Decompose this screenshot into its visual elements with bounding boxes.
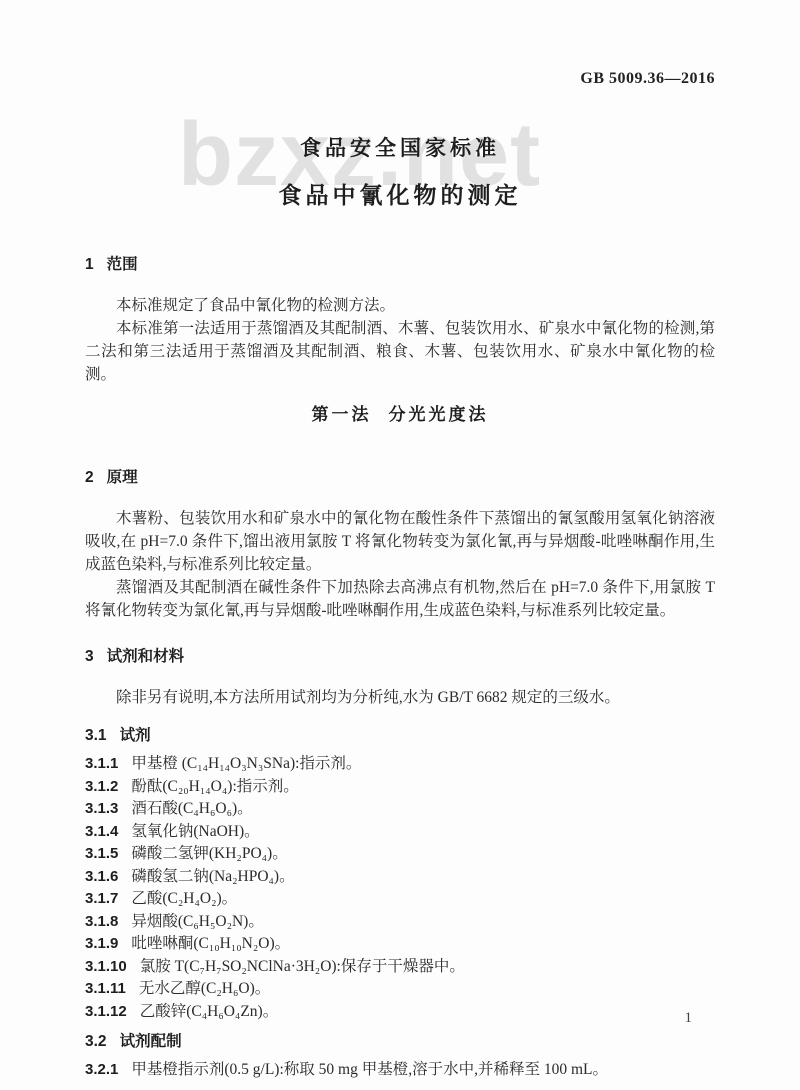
reagent-number: 3.1.2 bbox=[85, 778, 118, 795]
reagent-item: 3.1.5磷酸二氢钾(KH₂PO₄)。 bbox=[85, 843, 715, 866]
section-3-1-label: 试剂 bbox=[120, 727, 151, 744]
reagent-number: 3.1.4 bbox=[85, 823, 118, 840]
section-2-heading: 2原理 bbox=[85, 465, 715, 487]
reagent-item: 3.1.4氢氧化钠(NaOH)。 bbox=[85, 821, 715, 844]
reagent-item: 3.1.1甲基橙 (C₁₄H₁₄O₃N₃SNa):指示剂。 bbox=[85, 753, 715, 776]
reagent-item: 3.1.2酚酞(C₂₀H₁₄O₄):指示剂。 bbox=[85, 776, 715, 799]
reagent-number: 3.1.10 bbox=[85, 958, 127, 975]
section-3-number: 3 bbox=[85, 648, 94, 665]
reagent-item: 3.1.9吡唑啉酮(C₁₀H₁₀N₂O)。 bbox=[85, 933, 715, 956]
reagent-number: 3.2.1 bbox=[85, 1061, 118, 1078]
reagent-text: 吡唑啉酮(C₁₀H₁₀N₂O)。 bbox=[131, 935, 290, 952]
reagent-item: 3.1.12乙酸锌(C₄H₆O₄Zn)。 bbox=[85, 1001, 715, 1024]
page-content: GB 5009.36—2016 食品安全国家标准 食品中氰化物的测定 1范围 本… bbox=[0, 0, 800, 1082]
reagent-number: 3.1.8 bbox=[85, 913, 118, 930]
reagent-text: 甲基橙 (C₁₄H₁₄O₃N₃SNa):指示剂。 bbox=[131, 755, 361, 772]
reagent-text: 乙酸锌(C₄H₆O₄Zn)。 bbox=[140, 1003, 278, 1020]
standard-title-line2: 食品中氰化物的测定 bbox=[85, 177, 715, 210]
section-1-paragraph-1: 本标准规定了食品中氰化物的检测方法。 bbox=[85, 294, 715, 317]
section-1-label: 范围 bbox=[107, 256, 138, 273]
reagent-text: 酚酞(C₂₀H₁₄O₄):指示剂。 bbox=[131, 778, 298, 795]
section-2-paragraph-2: 蒸馏酒及其配制酒在碱性条件下加热除去高沸点有机物,然后在 pH=7.0 条件下,… bbox=[85, 576, 715, 622]
reagent-text: 甲基橙指示剂(0.5 g/L):称取 50 mg 甲基橙,溶于水中,并稀释至 1… bbox=[131, 1061, 608, 1078]
section-3-label: 试剂和材料 bbox=[107, 648, 185, 665]
reagent-number: 3.1.12 bbox=[85, 1003, 127, 1020]
section-1-number: 1 bbox=[85, 256, 94, 273]
method-1-heading: 第一法分光光度法 bbox=[85, 400, 715, 425]
reagent-list: 3.1.1甲基橙 (C₁₄H₁₄O₃N₃SNa):指示剂。 3.1.2酚酞(C₂… bbox=[85, 753, 715, 1023]
reagent-number: 3.1.3 bbox=[85, 800, 118, 817]
reagent-number: 3.1.11 bbox=[85, 980, 126, 997]
section-3-2-heading: 3.2试剂配制 bbox=[85, 1029, 715, 1051]
section-3-intro: 除非另有说明,本方法所用试剂均为分析纯,水为 GB/T 6682 规定的三级水。 bbox=[85, 686, 715, 709]
section-2-number: 2 bbox=[85, 469, 94, 486]
reagent-text: 氯胺 T(C₇H₇SO₂NClNa·3H₂O):保存于干燥器中。 bbox=[140, 958, 465, 975]
section-3-1-number: 3.1 bbox=[85, 727, 107, 744]
reagent-item: 3.1.10氯胺 T(C₇H₇SO₂NClNa·3H₂O):保存于干燥器中。 bbox=[85, 956, 715, 979]
section-1-paragraph-2: 本标准第一法适用于蒸馏酒及其配制酒、木薯、包装饮用水、矿泉水中氰化物的检测,第二… bbox=[85, 317, 715, 386]
reagent-number: 3.1.1 bbox=[85, 755, 118, 772]
reagent-number: 3.1.7 bbox=[85, 890, 118, 907]
reagent-text: 磷酸氢二钠(Na₂HPO₄)。 bbox=[131, 868, 294, 885]
reagent-text: 磷酸二氢钾(KH₂PO₄)。 bbox=[131, 845, 287, 862]
method-1-label: 分光光度法 bbox=[389, 405, 489, 424]
section-3-heading: 3试剂和材料 bbox=[85, 644, 715, 666]
section-2-paragraph-1: 木薯粉、包装饮用水和矿泉水中的氰化物在酸性条件下蒸馏出的氰氢酸用氢氧化钠溶液吸收… bbox=[85, 507, 715, 576]
reagent-number: 3.1.9 bbox=[85, 935, 118, 952]
method-1-number: 第一法 bbox=[312, 405, 372, 424]
reagent-item: 3.1.6磷酸氢二钠(Na₂HPO₄)。 bbox=[85, 866, 715, 889]
reagent-number: 3.1.5 bbox=[85, 845, 118, 862]
reagent-item: 3.1.7乙酸(C₂H₄O₂)。 bbox=[85, 888, 715, 911]
section-3-2-label: 试剂配制 bbox=[120, 1033, 182, 1050]
reagent-item: 3.1.3酒石酸(C₄H₆O₆)。 bbox=[85, 798, 715, 821]
reagent-text: 异烟酸(C₆H₅O₂N)。 bbox=[131, 913, 263, 930]
standard-title-line1: 食品安全国家标准 bbox=[85, 132, 715, 162]
reagent-text: 氢氧化钠(NaOH)。 bbox=[131, 823, 259, 840]
section-3-2-number: 3.2 bbox=[85, 1033, 107, 1050]
reagent-text: 酒石酸(C₄H₆O₆)。 bbox=[131, 800, 252, 817]
section-1-heading: 1范围 bbox=[85, 252, 715, 274]
reagent-text: 无水乙醇(C₂H₆O)。 bbox=[139, 980, 270, 997]
page-number: 1 bbox=[685, 1010, 693, 1027]
standard-number: GB 5009.36—2016 bbox=[85, 0, 715, 88]
document-page: bzxz.net GB 5009.36—2016 食品安全国家标准 食品中氰化物… bbox=[0, 0, 800, 1090]
section-2-label: 原理 bbox=[107, 469, 138, 486]
reagent-text: 乙酸(C₂H₄O₂)。 bbox=[131, 890, 237, 907]
reagent-item: 3.1.8异烟酸(C₆H₅O₂N)。 bbox=[85, 911, 715, 934]
section-3-1-heading: 3.1试剂 bbox=[85, 723, 715, 745]
reagent-item: 3.2.1甲基橙指示剂(0.5 g/L):称取 50 mg 甲基橙,溶于水中,并… bbox=[85, 1059, 715, 1082]
reagent-item: 3.1.11无水乙醇(C₂H₆O)。 bbox=[85, 978, 715, 1001]
reagent-number: 3.1.6 bbox=[85, 868, 118, 885]
